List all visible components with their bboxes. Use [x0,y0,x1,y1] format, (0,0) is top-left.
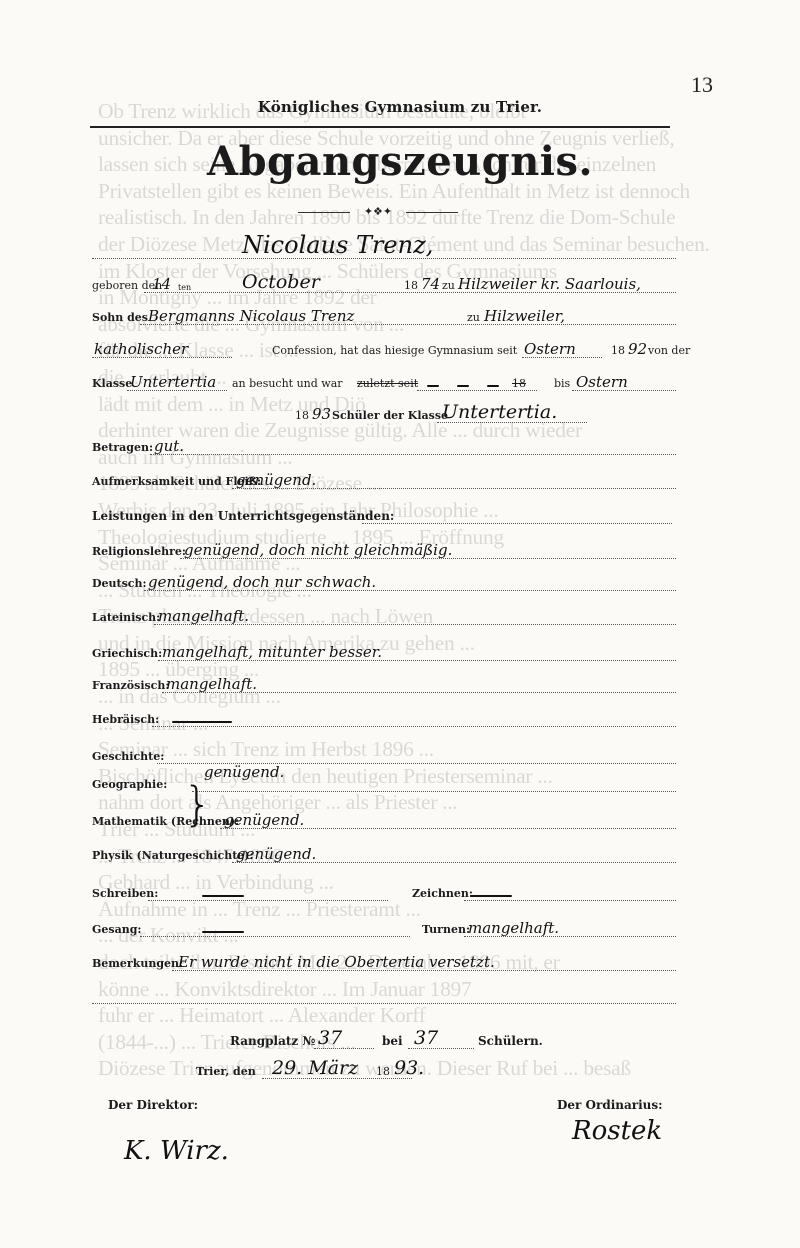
class-label: Klasse [92,377,132,390]
until-term: Ostern [576,373,628,391]
director-signature: K. Wirz. [124,1136,229,1166]
confession-label: Confession, hat das hiesige Gymnasium se… [272,344,517,357]
rank-of-label: bei [382,1034,403,1048]
class-from: Untertertia [130,373,216,391]
until-label: bis [554,377,570,390]
pupils-label: Schülern. [478,1034,543,1048]
rank-label: Rangplatz № [230,1034,315,1048]
date-line: Trier, den 29. März 18 93. [92,1060,676,1082]
diligence-line: Aufmerksamkeit und Fleiß: genügend. [92,470,676,492]
birth-place: Hilzweiler kr. Saarlouis, [458,275,641,293]
pupil-label: Schüler der Klasse [332,409,448,422]
behavior-label: Betragen: [92,441,153,454]
class-line: Klasse Untertertia an besucht und war zu… [92,372,676,394]
entry-suffix: von der [648,344,690,357]
birth-day: 14 [152,275,171,293]
year: 93 [312,405,331,423]
grade-row-physics: Physik (Naturgeschichte): genügend. [92,844,676,866]
grade-row-religion: Religionslehre: genügend, doch nicht gle… [92,540,676,562]
grade-row-history: Geschichte: [92,745,676,767]
rank-position: 37 [318,1027,342,1049]
remarks-line: Bemerkungen: Er wurde nicht in die Obert… [92,952,676,974]
header-rule [90,126,670,128]
subject-label: Deutsch: [92,577,147,590]
subject-label: Geographie: [92,778,167,791]
entry-year-prefix: 18 [611,344,625,357]
date-day-month: 29. März [272,1057,358,1079]
grade-row-french: Französisch: mangelhaft. [92,674,676,696]
entry-term: Ostern [524,340,576,358]
remarks-label: Bemerkungen: [92,957,183,970]
parent-place: Hilzweiler, [484,307,565,325]
subject-label: Religionslehre: [92,545,186,558]
singing-label: Gesang: [92,923,141,936]
parent-line: Sohn des Bergmanns Nicolaus Trenz zu Hil… [92,306,676,328]
director-label: Der Direktor: [108,1098,198,1112]
grade-row-math: Mathematik (Rechnen): genügend. [92,810,676,832]
parent-name: Bergmanns Nicolaus Trenz [148,307,354,325]
grades-section-label: Leistungen in den Unterrichtsgegenstände… [92,509,394,523]
subject-grade: mangelhaft. [158,607,249,625]
subject-grade: genügend. [224,811,304,829]
birth-day-suffix: ten [178,283,191,292]
diligence-value: genügend. [236,471,316,489]
subject-grade: genügend, doch nicht gleichmäßig. [184,541,452,559]
grade-row-latin: Lateinisch: mangelhaft. [92,606,676,628]
confession: katholischer [94,340,188,358]
birth-place-label: zu [442,279,455,292]
behavior-line: Betragen: gut. [92,436,676,458]
birth-year: 74 [421,275,440,293]
parent-label: Sohn des [92,311,148,324]
grade-row-hebrew: Hebräisch: [92,708,676,730]
ordinarius-label: Der Ordinarius: [557,1098,663,1112]
date-year-prefix: 18 [376,1065,390,1078]
pupil-class-line: 18 93 Schüler der Klasse Untertertia. [92,404,676,426]
page-number: 13 [691,72,713,98]
drawing-label: Zeichnen: [412,887,473,900]
grade-row-geography: Geographie: genügend. [92,773,676,795]
birth-line: geboren den 14 ten October 18 74 zu Hilz… [92,274,676,296]
parent-place-label: zu [467,311,480,324]
subject-label: Lateinisch: [92,611,160,624]
subject-grade: mangelhaft, mitunter besser. [162,643,382,661]
subject-label: Griechisch: [92,647,162,660]
remarks-line-2 [92,985,676,1007]
subject-label: Französisch: [92,679,169,692]
subject-grade: genügend. [204,763,284,781]
singing-gym-line: Gesang: Turnen: mangelhaft. [92,918,676,940]
subject-label: Geschichte: [92,750,164,763]
gym-value: mangelhaft. [468,919,559,937]
rank-line: Rangplatz № 37 bei 37 Schülern. [92,1030,676,1052]
subject-label: Mathematik (Rechnen): [92,815,239,828]
grade-row-greek: Griechisch: mangelhaft, mitunter besser. [92,642,676,664]
class-last: Untertertia. [442,401,557,423]
subject-label: Hebräisch: [92,713,159,726]
subject-grade: genügend, doch nur schwach. [148,573,376,591]
name-line: Nicolaus Trenz, [92,240,676,262]
struck-year: 18 [512,377,526,390]
date-year: 93. [394,1057,424,1079]
place-label: Trier, den [196,1065,256,1078]
document-title: Abgangszeugnis. [0,138,800,185]
remarks-text: Er wurde nicht in die Obertertia versetz… [178,953,495,971]
visited-label: an besucht und war [232,377,343,390]
ornament-divider: ✦❖✦ [298,205,458,218]
student-name: Nicolaus Trenz, [242,231,433,259]
institution-header: Königliches Gymnasium zu Trier. [0,98,800,116]
writing-label: Schreiben: [92,887,158,900]
struck-label: zuletzt seit [357,377,418,390]
birth-month: October [242,271,320,293]
grades-section-line: Leistungen in den Unterrichtsgegenstände… [92,505,676,527]
subject-label: Physik (Naturgeschichte): [92,849,254,862]
subject-grade: mangelhaft. [166,675,257,693]
writing-drawing-line: Schreiben: Zeichnen: [92,882,676,904]
signature-labels-line: Der Direktor: Der Ordinarius: [92,1094,676,1116]
ordinarius-signature: Rostek [572,1116,662,1146]
grade-row-german: Deutsch: genügend, doch nur schwach. [92,572,676,594]
rank-total: 37 [414,1027,438,1049]
entry-year: 92 [628,340,647,358]
confession-line: katholischer Confession, hat das hiesige… [92,339,676,361]
year-prefix: 18 [295,409,309,422]
behavior-value: gut. [154,437,184,455]
subject-grade: genügend. [236,845,316,863]
birth-year-prefix: 18 [404,279,418,292]
gym-label: Turnen: [422,923,470,936]
